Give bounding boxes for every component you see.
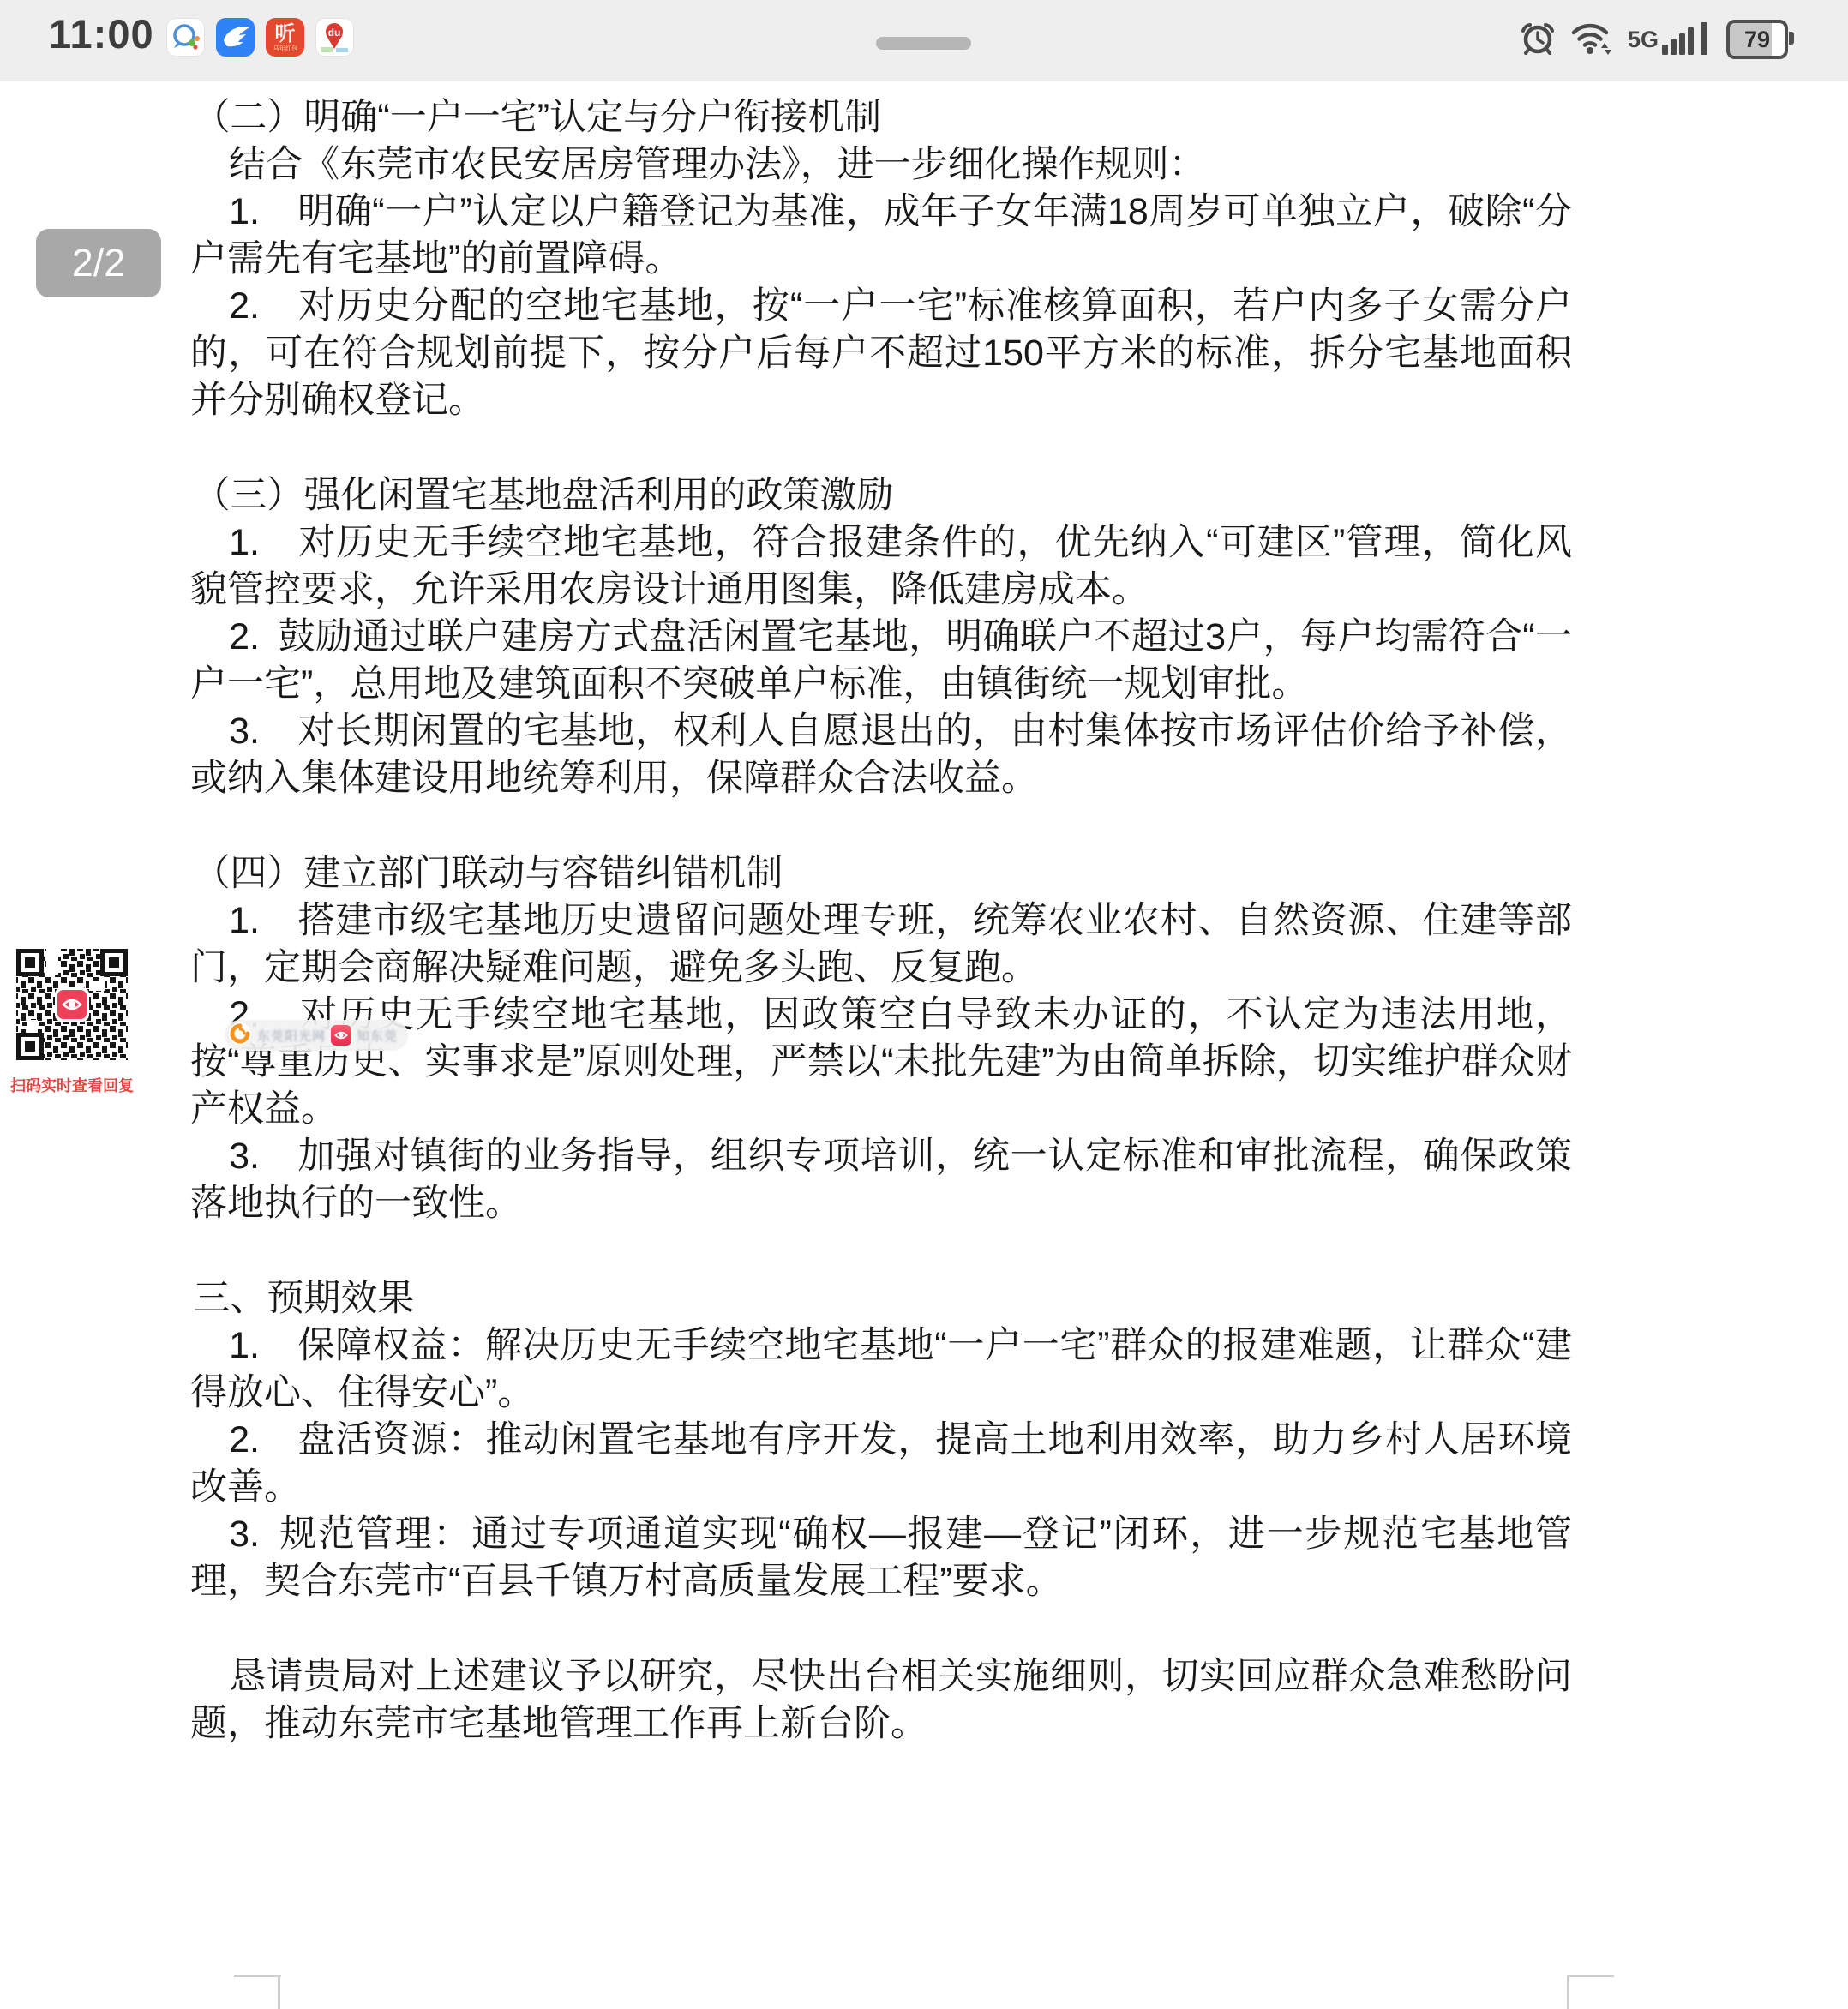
qr-caption: 扫码实时查看回复 <box>7 1074 137 1096</box>
wechat-icon <box>166 18 205 57</box>
next-page-right-corner-v <box>1567 1975 1569 2009</box>
dingtalk-icon <box>216 18 255 57</box>
qr-code <box>12 945 132 1064</box>
qr-finder-top-right <box>100 949 128 976</box>
paragraph: 2. 对历史分配的空地宅基地，按“一户一宅”标准核算面积，若户内多子女需分户的，… <box>190 283 1572 424</box>
svg-text:du: du <box>328 27 341 39</box>
ximalaya-glyph: 听 <box>275 24 296 45</box>
next-page-left-corner-v <box>278 1975 280 2009</box>
ximalaya-subtext: 马年红包 <box>273 45 297 51</box>
alarm-icon <box>1520 19 1556 61</box>
document-scroll-area[interactable]: （二）明确“一户一宅”认定与分户衔接机制 结合《东莞市农民安居房管理办法》，进一… <box>190 94 1572 1748</box>
ximalaya-red-packet-icon: 听 马年红包 <box>266 18 304 57</box>
paragraph: 2. 对历史无手续空地宅基地，因政策空白导致未办证的，不认定为违法用地，按“尊重… <box>190 992 1572 1133</box>
phone-screen: 11:00 听 马年红包 <box>0 0 1848 2009</box>
signal-bars-icon <box>1662 21 1712 58</box>
notification-icons: 听 马年红包 du <box>166 18 354 57</box>
paragraph: 结合《东莞市农民安居房管理办法》，进一步细化操作规则： <box>190 141 1572 189</box>
paragraph: 2. 鼓励通过联户建房方式盘活闲置宅基地，明确联户不超过3户，每户均需符合“一户… <box>190 614 1572 708</box>
paragraph: 3. 规范管理：通过专项通道实现“确权—报建—登记”闭环，进一步规范宅基地管理，… <box>190 1511 1572 1605</box>
section-heading: （二）明确“一户一宅”认定与分户衔接机制 <box>190 94 1572 141</box>
qr-panel: 扫码实时查看回复 <box>7 945 137 1096</box>
status-bar-right: 5G 79 <box>1520 17 1788 62</box>
next-page-right-corner-h <box>1567 1975 1614 1977</box>
paragraph: 3. 对长期闲置的宅基地，权利人自愿退出的，由村集体按市场评估价给予补偿，或纳入… <box>190 708 1572 802</box>
next-page-left-corner-h <box>234 1975 281 1977</box>
section-heading: （三）强化闲置宅基地盘活利用的政策激励 <box>190 472 1572 519</box>
closing-section: 恳请贵局对上述建议予以研究，尽快出台相关实施细则，切实回应群众急难愁盼问题，推动… <box>190 1653 1572 1748</box>
watermark-pill: 东莞阳光网 知东莞 <box>225 1020 408 1051</box>
cellular-signal: 5G <box>1628 21 1712 58</box>
watermark-eye-icon <box>331 1025 351 1046</box>
paragraph: 1. 明确“一户”认定以户籍登记为基准，成年子女年满18周岁可单独立户，破除“分… <box>190 189 1572 283</box>
closing-paragraph: 恳请贵局对上述建议予以研究，尽快出台相关实施细则，切实回应群众急难愁盼问题，推动… <box>190 1653 1572 1748</box>
battery-icon: 79 <box>1726 20 1788 59</box>
page-indicator-badge: 2/2 <box>36 229 161 297</box>
sun-network-logo-icon <box>228 1022 252 1050</box>
section-heading: （四）建立部门联动与容错纠错机制 <box>190 850 1572 897</box>
paragraph: 1. 搭建市级宅基地历史遗留问题处理专班，统筹农业农村、自然资源、住建等部门，定… <box>190 897 1572 992</box>
clock-time: 11:00 <box>49 10 154 57</box>
battery-percent: 79 <box>1744 27 1770 53</box>
watermark-app-text: 知东莞 <box>357 1027 398 1045</box>
camera-cutout <box>876 37 971 50</box>
page-indicator-label: 2/2 <box>72 241 126 285</box>
qr-finder-bottom-left <box>16 1033 44 1060</box>
baidu-maps-icon: du <box>315 18 354 57</box>
watermark-site-text: 东莞阳光网 <box>257 1027 326 1045</box>
section-heading: 三、预期效果 <box>190 1275 1572 1322</box>
section-3: （三）强化闲置宅基地盘活利用的政策激励 1. 对历史无手续空地宅基地，符合报建条… <box>190 472 1572 802</box>
paragraph: 3. 加强对镇街的业务指导，组织专项培训，统一认定标准和审批流程，确保政策落地执… <box>190 1133 1572 1227</box>
network-type-label: 5G <box>1628 28 1659 51</box>
battery-nub <box>1789 32 1794 45</box>
paragraph: 2. 盘活资源：推动闲置宅基地有序开发，提高土地利用效率，助力乡村人居环境改善。 <box>190 1417 1572 1511</box>
qr-finder-top-left <box>16 949 44 976</box>
section-2: （二）明确“一户一宅”认定与分户衔接机制 结合《东莞市农民安居房管理办法》，进一… <box>190 94 1572 424</box>
qr-center-eye-logo <box>55 987 89 1022</box>
paragraph: 1. 对历史无手续空地宅基地，符合报建条件的，优先纳入“可建区”管理，简化风貌管… <box>190 519 1572 614</box>
paragraph: 1. 保障权益：解决历史无手续空地宅基地“一户一宅”群众的报建难题，让群众“建得… <box>190 1322 1572 1417</box>
section-expected-results: 三、预期效果 1. 保障权益：解决历史无手续空地宅基地“一户一宅”群众的报建难题… <box>190 1275 1572 1605</box>
wifi-icon <box>1570 19 1613 61</box>
